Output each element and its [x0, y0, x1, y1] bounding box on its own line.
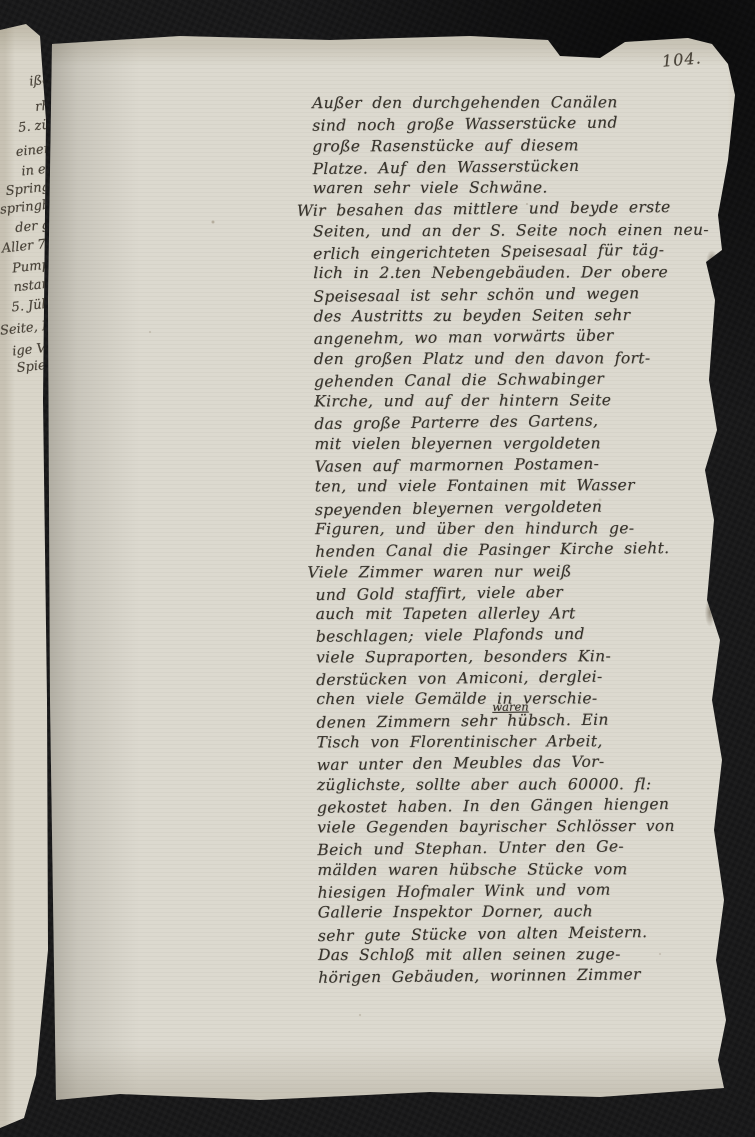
manuscript-line-text: Wir besahen das mittlere und beyde erste	[297, 198, 671, 220]
manuscript-line-text: Tisch von Florentinischer Arbeit,	[316, 732, 602, 751]
manuscript-line-text: mit vielen bleyernen vergoldeten	[314, 434, 600, 453]
manuscript-line-text: angenehm, wo man vorwärts über	[314, 327, 614, 349]
scanner-bed: ißerh5. züeinerin eiSpringspringbrder gA…	[0, 0, 755, 1137]
manuscript-line: speyenden bleyernen vergoldeten	[315, 496, 739, 522]
manuscript-line-text: speyenden bleyernen vergoldeten	[315, 497, 603, 519]
manuscript-line: Wir besahen das mittlere und beyde erste	[297, 198, 737, 224]
manuscript-line-text: viele Gegenden bayrischer Schlösser von	[317, 817, 675, 837]
manuscript-line: Figuren, und über den hindurch ge-	[315, 519, 739, 541]
manuscript-line-text: und Gold staffirt, viele aber	[315, 583, 563, 604]
manuscript-line-text: Beich und Stephan. Unter den Ge-	[317, 838, 624, 860]
manuscript-line-text: waren sehr viele Schwäne.	[313, 179, 548, 198]
interlinear-insertion: waren	[492, 699, 529, 713]
manuscript-line-text: den großen Platz und den davon fort-	[314, 349, 651, 368]
manuscript-line: denen Zimmern sehr hübsch. Ein waren	[316, 709, 740, 735]
manuscript-line-text: mälden waren hübsche Stücke vom	[317, 860, 627, 879]
marginal-text-fragment: in ei	[0, 162, 54, 181]
manuscript-line-text: Gallerie Inspektor Dorner, auch	[318, 903, 593, 922]
marginal-text-fragment: Seite, Ba	[0, 319, 54, 338]
manuscript-line: sehr gute Stücke von alten Meistern.	[318, 921, 742, 947]
manuscript-line-text: züglichste, sollte aber auch 60000. fl:	[317, 775, 652, 794]
manuscript-line: den großen Platz und den davon fort-	[314, 349, 738, 371]
marginal-text-fragment: 5. zü	[0, 118, 54, 137]
manuscript-line-text: das große Parterre des Gartens,	[314, 412, 598, 433]
manuscript-line-text: des Austritts zu beyden Seiten sehr	[314, 306, 631, 325]
manuscript-line-text: war unter den Meubles das Vor-	[317, 753, 605, 775]
manuscript-line-text: beschlagen; viele Plafonds und	[316, 625, 585, 646]
manuscript-page: 104. Außer den durchgehenden Canälen sin…	[0, 0, 755, 1137]
manuscript-line-text: chen viele Gemälde in verschie-	[316, 690, 597, 709]
manuscript-line-text: denen Zimmern sehr hübsch. Ein	[316, 710, 609, 731]
manuscript-line: henden Canal die Pasinger Kirche sieht.	[315, 539, 739, 565]
manuscript-line-text: Platze. Auf den Wasserstücken	[312, 157, 579, 178]
marginal-text-fragment: Spring	[0, 180, 54, 199]
manuscript-line-text: ten, und viele Fontainen mit Wasser	[315, 476, 635, 495]
manuscript-line-text: Seiten, und an der S. Seite noch einen n…	[313, 220, 709, 240]
manuscript-line: ten, und viele Fontainen mit Wasser	[315, 476, 739, 499]
manuscript-line-text: Speisesaal ist sehr schön und wegen	[313, 284, 639, 305]
manuscript-line-text: sehr gute Stücke von alten Meistern.	[318, 923, 648, 945]
manuscript-line: war unter den Meubles das Vor-	[317, 751, 741, 777]
manuscript-line: Speisesaal ist sehr schön und wegen	[313, 283, 737, 309]
manuscript-line-text: gehenden Canal die Schwabinger	[314, 370, 604, 391]
manuscript-line-text: henden Canal die Pasinger Kirche sieht.	[315, 539, 669, 561]
manuscript-line: Beich und Stephan. Unter den Ge-	[317, 836, 741, 862]
manuscript-line-text: gekostet haben. In den Gängen hiengen	[317, 795, 669, 817]
marginal-text-fragment: ige Vi	[0, 341, 54, 360]
marginal-text-fragment: einer	[0, 142, 54, 161]
marginal-text-fragment: nstan	[0, 277, 54, 296]
manuscript-line-text: hörigen Gebäuden, worinnen Zimmer	[318, 966, 641, 987]
manuscript-line-text: Figuren, und über den hindurch ge-	[315, 519, 634, 538]
manuscript-line: züglichste, sollte aber auch 60000. fl:	[317, 774, 741, 796]
marginal-text-fragment: rh	[0, 99, 54, 118]
marginal-text-fragment: iße	[0, 73, 54, 92]
manuscript-line: das große Parterre des Gartens,	[314, 410, 738, 436]
manuscript-line-text: große Rasenstücke auf diesem	[312, 136, 578, 155]
manuscript-line: Das Schloß mit allen seinen zuge-	[318, 945, 742, 967]
manuscript-line: beschlagen; viele Plafonds und	[316, 624, 740, 650]
manuscript-line: mit vielen bleyernen vergoldeten	[314, 434, 738, 456]
manuscript-line-text: erlich eingerichteten Speisesaal für täg…	[313, 241, 664, 263]
manuscript-line: lich in 2.ten Nebengebäuden. Der obere	[313, 263, 737, 285]
manuscript-text-block: Außer den durchgehenden Canälen sind noc…	[312, 92, 742, 989]
marginal-text-fragment: Spiel	[0, 358, 54, 377]
manuscript-line: Gallerie Inspektor Dorner, auch	[318, 902, 742, 925]
manuscript-line: mälden waren hübsche Stücke vom	[317, 860, 741, 882]
folio-number: 104.	[661, 48, 702, 70]
marginal-text-fragment: der g	[0, 218, 54, 237]
manuscript-line-text: derstücken von Amiconi, derglei-	[316, 668, 603, 689]
manuscript-line-text: Vasen auf marmornen Postamen-	[314, 455, 599, 476]
marginal-text-fragment: 5. Jül.	[0, 297, 54, 316]
manuscript-line-text: viele Supraporten, besonders Kin-	[316, 647, 611, 666]
marginal-text-fragment: Pump	[0, 258, 54, 277]
manuscript-line-text: Das Schloß mit allen seinen zuge-	[318, 945, 621, 964]
marginal-text-fragment: Aller 7.	[0, 237, 54, 256]
manuscript-line-text: lich in 2.ten Nebengebäuden. Der obere	[313, 264, 668, 283]
manuscript-line-text: Kirche, und auf der hintern Seite	[314, 391, 611, 410]
manuscript-line-text: Viele Zimmer waren nur weiß	[307, 562, 571, 581]
manuscript-line-text: Außer den durchgehenden Canälen	[312, 93, 618, 112]
manuscript-line: sind noch große Wasserstücke und	[312, 113, 736, 139]
manuscript-line-text: auch mit Tapeten allerley Art	[316, 605, 576, 624]
marginal-text-fragment: springbr	[0, 198, 54, 217]
manuscript-line: angenehm, wo man vorwärts über	[314, 325, 738, 351]
manuscript-line: hörigen Gebäuden, worinnen Zimmer	[318, 964, 742, 990]
manuscript-line-text: hiesigen Hofmaler Wink und vom	[317, 881, 610, 902]
manuscript-line-text: sind noch große Wasserstücke und	[312, 114, 618, 135]
